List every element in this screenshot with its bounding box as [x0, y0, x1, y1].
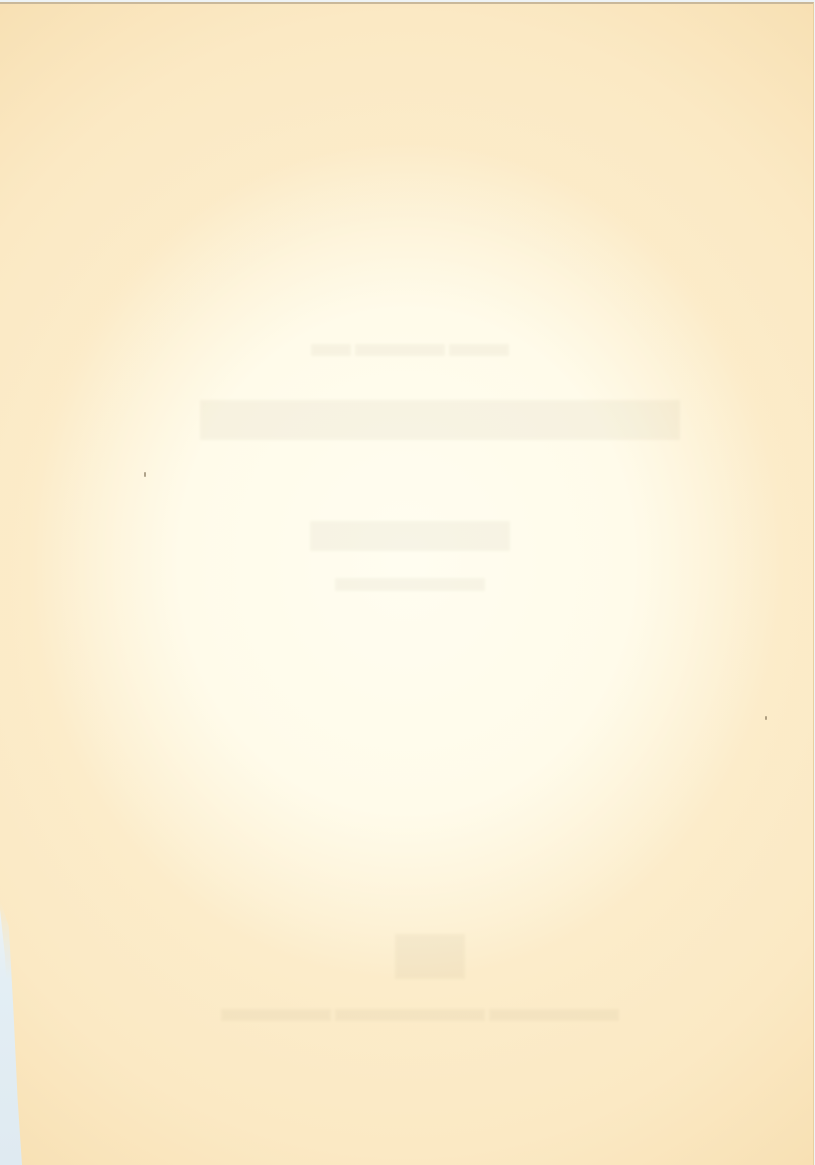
bleed-through-author: [300, 514, 520, 554]
paper-speck: [765, 716, 767, 720]
bleed-through-series-line: [285, 340, 535, 358]
bleed-through-author-subline: [320, 574, 500, 593]
bleed-through-publisher-mark: [390, 934, 470, 984]
bleed-through-title: [180, 389, 700, 443]
paper-sheet: [0, 2, 814, 1165]
paper-speck: [144, 472, 146, 477]
bleed-through-publisher-line: [210, 1007, 630, 1023]
scanned-page: [0, 0, 815, 1165]
